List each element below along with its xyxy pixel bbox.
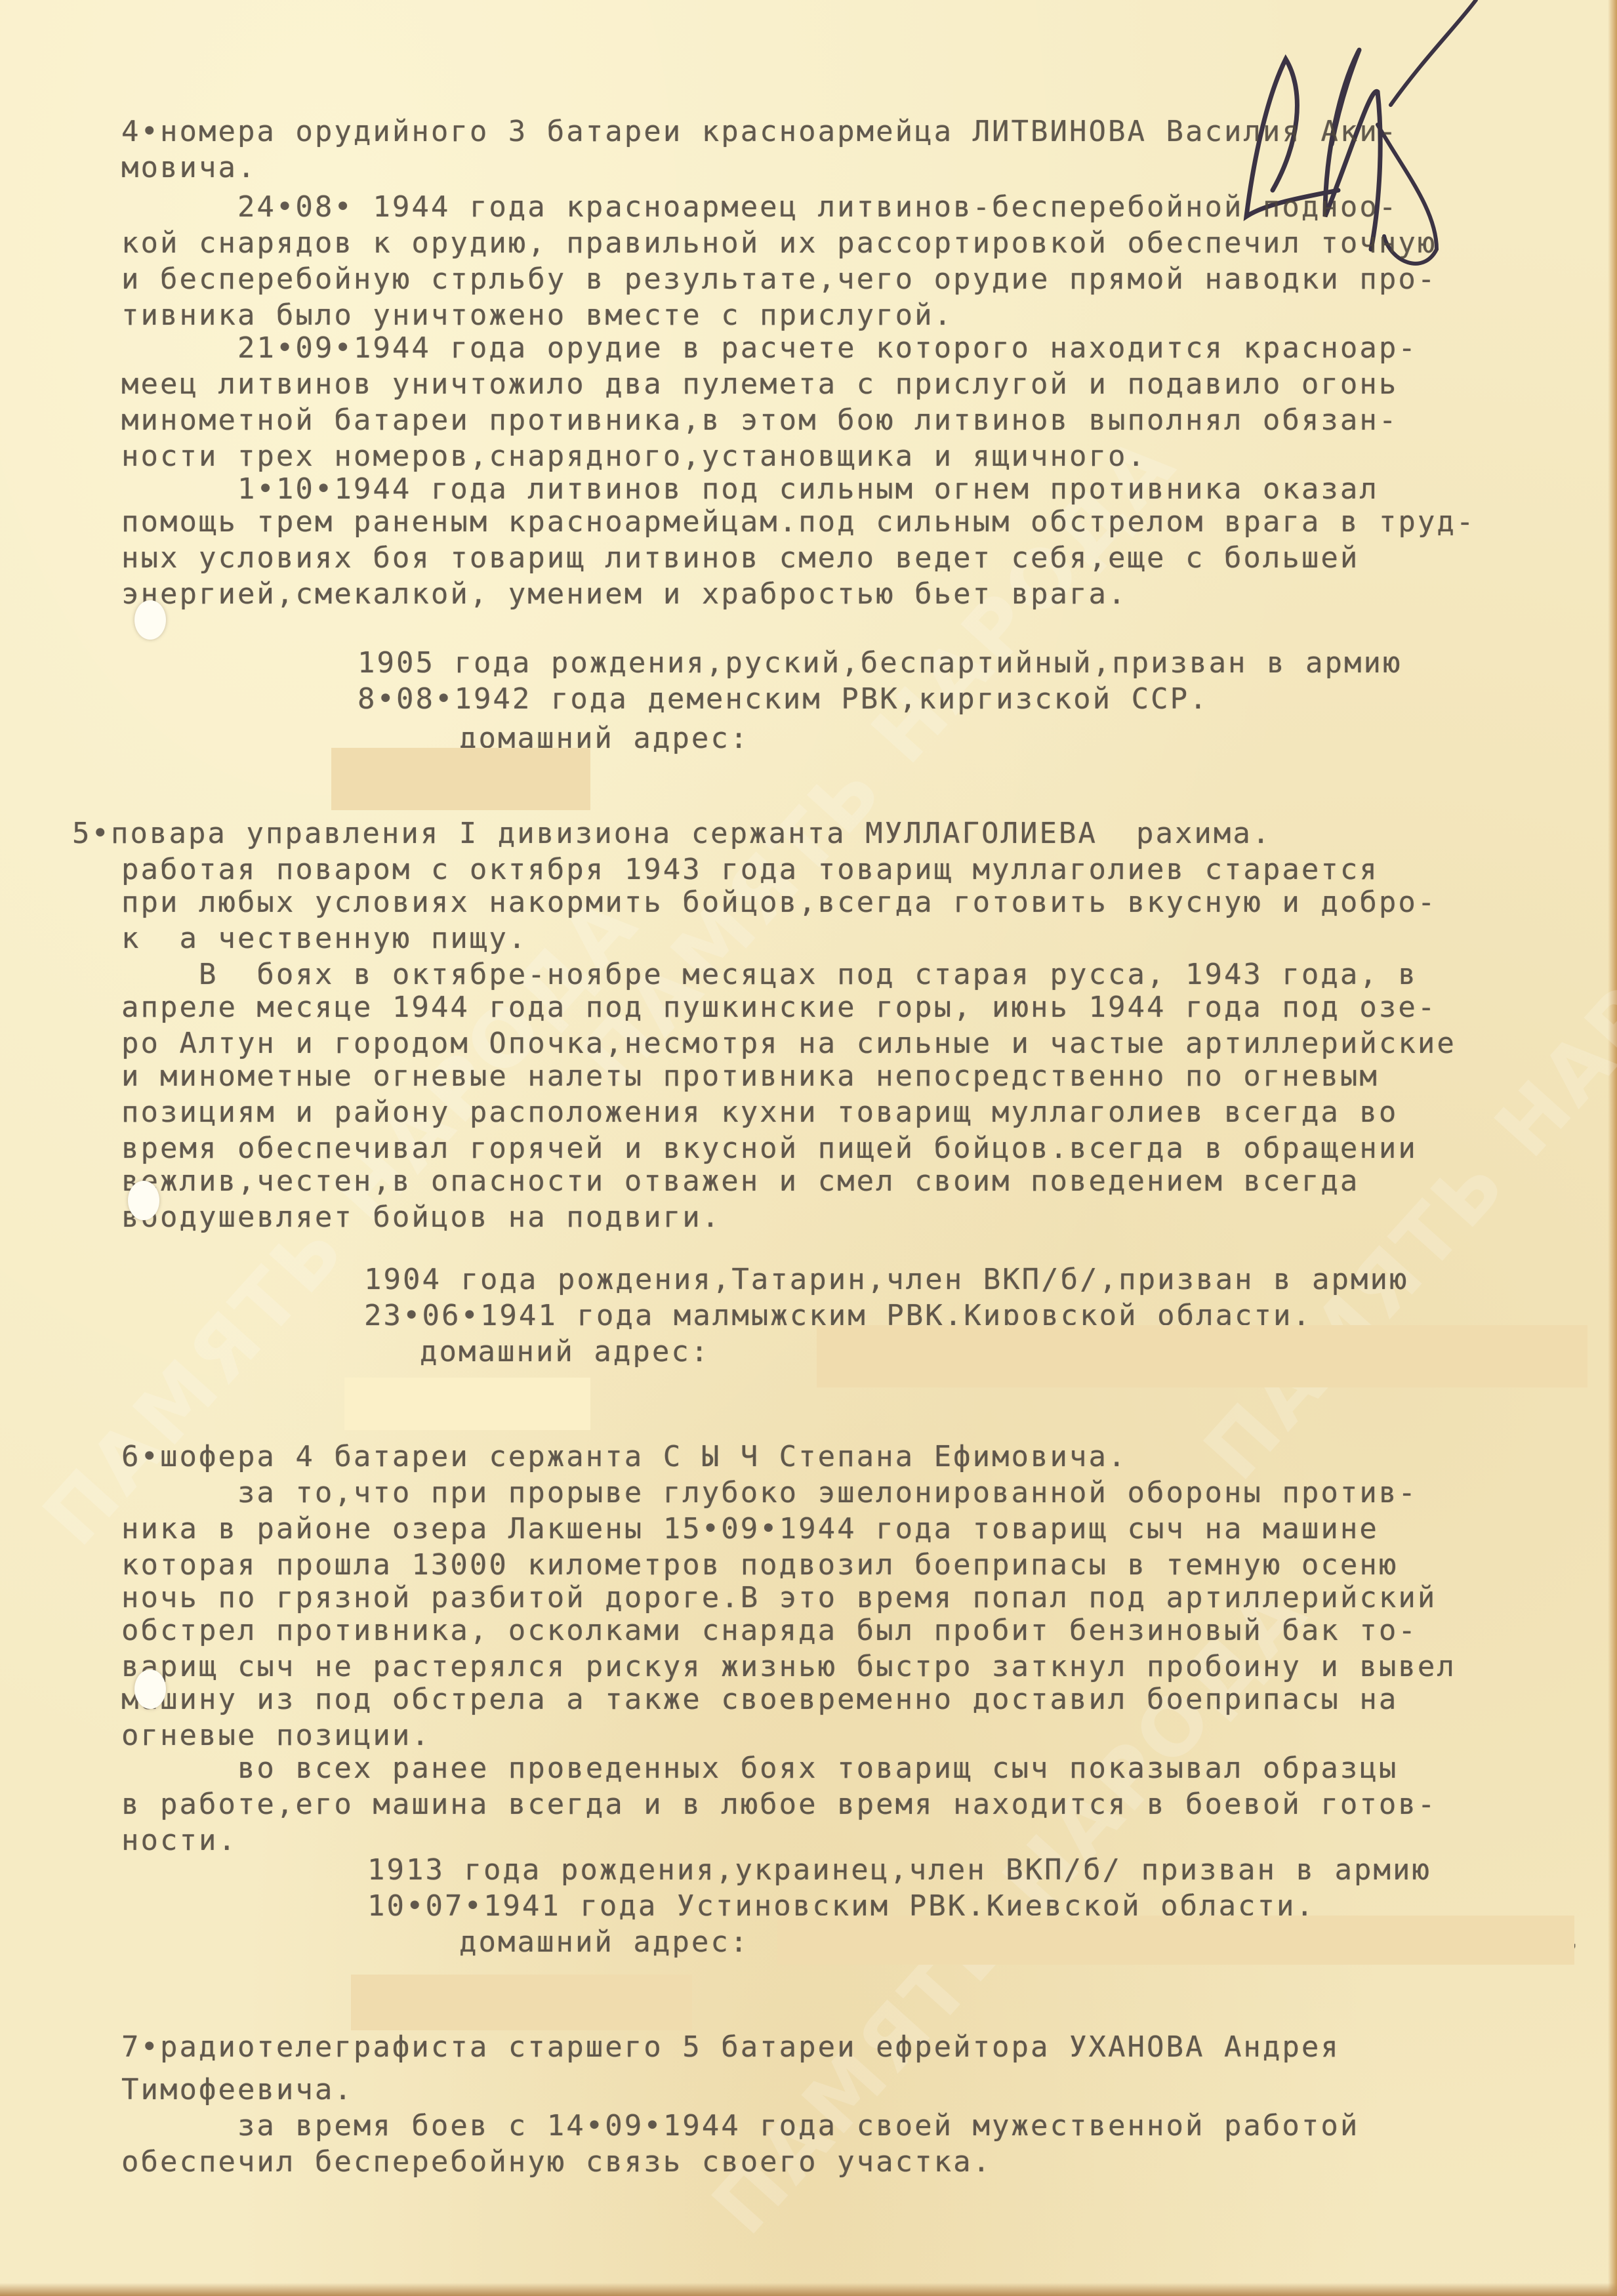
document-line: огневые позиции. — [121, 1719, 431, 1753]
document-line: и минометные огневые налеты противника н… — [121, 1059, 1379, 1094]
paper-hole — [128, 1181, 159, 1220]
document-line: 6•шофера 4 батареи сержанта С Ы Ч Степан… — [121, 1440, 1128, 1474]
document-line: мовича. — [121, 151, 256, 185]
document-line: домашний адрес: — [420, 1335, 710, 1369]
document-line: В боях в октябре-ноябре месяцах под стар… — [121, 958, 1418, 992]
redacted-address — [331, 748, 590, 810]
document-line: работая поваром с октября 1943 года това… — [121, 853, 1379, 887]
document-line: ника в районе озера Лакшены 15•09•1944 г… — [121, 1512, 1379, 1546]
document-line: за то,что при прорыве глубоко эшелониров… — [121, 1476, 1418, 1510]
document-line: минометной батареи противника,в этом бою… — [121, 403, 1398, 438]
document-line: апреле месяце 1944 года под пушкинские г… — [121, 991, 1437, 1025]
document-line: 1•10•1944 года литвинов под сильным огне… — [121, 472, 1379, 506]
document-line: домашний адрес: — [459, 1925, 749, 1959]
document-line: вежлив,честен,в опасности отважен и смел… — [121, 1164, 1359, 1199]
document-line: 21•09•1944 года орудие в расчете которог… — [121, 331, 1418, 365]
document-line: 1913 года рождения,украинец,член ВКП/б/ … — [367, 1853, 1431, 1887]
document-line: 1904 года рождения,Татарин,член ВКП/б/,п… — [364, 1263, 1408, 1297]
paper-hole — [134, 600, 166, 640]
document-line: варищ сыч не растерялся рискуя жизнью бы… — [121, 1650, 1456, 1684]
document-line: обстрел противника, осколками снаряда бы… — [121, 1614, 1418, 1648]
document-line: 24•08• 1944 года красноармеец литвинов-б… — [121, 190, 1398, 224]
document-line: в работе,его машина всегда и в любое вре… — [121, 1788, 1437, 1822]
redacted-address — [817, 1325, 1587, 1387]
document-line: при любых условиях накормить бойцов,всег… — [121, 886, 1437, 920]
redacted-address — [351, 1975, 692, 2030]
document-line: 4•номера орудийного 3 батареи красноарме… — [121, 115, 1398, 149]
redacted-address — [344, 1378, 590, 1430]
document-line: кой снарядов к орудию, правильной их рас… — [121, 226, 1437, 260]
document-line: меец литвинов уничтожило два пулемета с … — [121, 367, 1398, 401]
document-line: к а чественную пищу. — [121, 922, 527, 956]
document-line: 1905 года рождения,руский,беспартийный,п… — [358, 646, 1402, 680]
document-line: ных условиях боя товарищ литвинов смело … — [121, 541, 1359, 575]
document-line: Тимофеевича. — [121, 2073, 354, 2107]
document-line: ности трех номеров,снарядного,установщик… — [121, 440, 1147, 474]
document-line: 8•08•1942 года деменским РВК,киргизской … — [358, 682, 1209, 716]
document-line: ночь по грязной разбитой дороге.В это вр… — [121, 1581, 1437, 1615]
document-line: и бесперебойную стрльбу в результате,чег… — [121, 262, 1437, 297]
document-line: энергией,смекалкой, умением и храбростью… — [121, 577, 1128, 611]
page-edge — [0, 2283, 1617, 2296]
document-line: воодушевляет бойцов на подвиги. — [121, 1200, 721, 1235]
paper-hole — [134, 1670, 166, 1709]
page-edge — [1608, 0, 1617, 2296]
redacted-address — [777, 1916, 1574, 1965]
document-line: 7•радиотелеграфиста старшего 5 батареи е… — [121, 2030, 1340, 2064]
document-line: ности. — [121, 1824, 237, 1858]
document-line: помощь трем раненым красноармейцам.под с… — [121, 505, 1475, 539]
document-line: машину из под обстрела а также своевреме… — [121, 1683, 1398, 1717]
document-line: во всех ранее проведенных боях товарищ с… — [121, 1752, 1398, 1786]
document-line: время обеспечивал горячей и вкусной пище… — [121, 1132, 1418, 1166]
document-line: ро Алтун и городом Опочка,несмотря на си… — [121, 1027, 1456, 1061]
document-line: обеспечил бесперебойную связь своего уча… — [121, 2145, 992, 2179]
document-line: которая прошла 13000 километров подвозил… — [121, 1548, 1398, 1582]
document-line: тивника было уничтожено вместе с прислуг… — [121, 298, 953, 333]
document-line: позициям и району расположения кухни тов… — [121, 1096, 1398, 1130]
document-line: 5•повара управления I дивизиона сержанта… — [72, 817, 1271, 851]
document-line: за время боев с 14•09•1944 года своей му… — [121, 2109, 1359, 2143]
